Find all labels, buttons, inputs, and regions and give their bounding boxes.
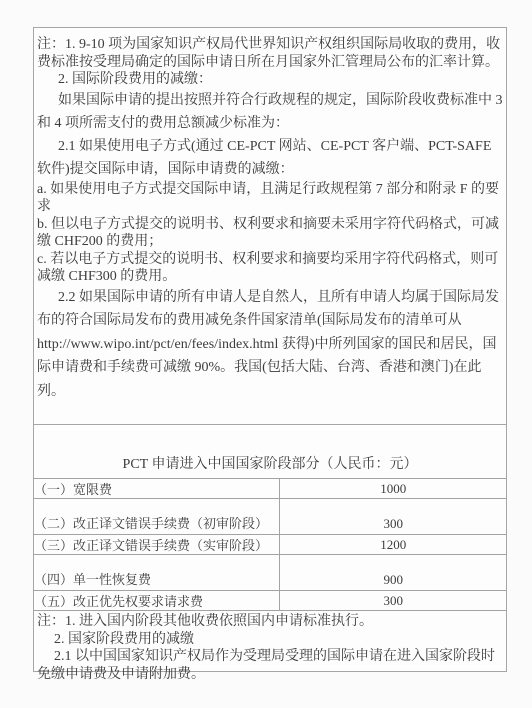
table-row: （二）改正译文错误手续费（初审阶段） 300 [34, 499, 506, 535]
fee-amount: 300 [280, 499, 506, 535]
fee-amount: 1200 [280, 535, 506, 555]
national-phase-footnotes: 注：1. 进入国内阶段其他收费依照国内申请标准执行。 2. 国家阶段费用的减缴 … [34, 611, 506, 683]
heading-international-phase-reduction: 2. 国际阶段费用的减缴： [37, 71, 503, 89]
table-row: （四）单一性恢复费 900 [34, 555, 506, 591]
fee-amount: 1000 [280, 479, 506, 499]
paragraph-reduction-standard: 如果国际申请的提出按照并符合行政规程的规定，国际阶段收费标准中 3 和 4 项所… [37, 89, 503, 135]
list-item-b: b. 但以电子方式提交的说明书、权利要求和摘要未采用字符代码格式，可减缴 CHF… [37, 216, 503, 251]
list-item-a: a. 如果使用电子方式提交国际申请，且满足行政规程第 7 部分和附录 F 的要求 [37, 181, 503, 216]
note-exchange-rate: 注：1. 9-10 项为国家知识产权局代世界知识产权组织国际局收取的费用，收费标… [37, 36, 503, 71]
paragraph-2-2-natural-persons: 2.2 如果国际申请的所有申请人是自然人，且所有申请人均属于国际局发布的符合国际… [37, 286, 503, 404]
fee-label: （二）改正译文错误手续费（初审阶段） [34, 499, 280, 535]
fee-label: （三）改正译文错误手续费（实审阶段） [34, 535, 280, 555]
footnote-domestic-standard: 注：1. 进入国内阶段其他收费依照国内申请标准执行。 [37, 613, 503, 631]
fee-amount: 900 [280, 555, 506, 591]
fee-table: （一）宽限费 1000 （二）改正译文错误手续费（初审阶段） 300 （三）改正… [34, 478, 506, 611]
fee-label: （一）宽限费 [34, 479, 280, 499]
document-page: 注：1. 9-10 项为国家知识产权局代世界知识产权组织国际局收取的费用，收费标… [33, 27, 507, 672]
fee-label: （五）改正优先权要求请求费 [34, 591, 280, 611]
list-item-c: c. 若以电子方式提交的说明书、权利要求和摘要均采用字符代码格式，则可减缴 CH… [37, 251, 503, 286]
table-row: （五）改正优先权要求请求费 300 [34, 591, 506, 611]
footnote-national-phase-reduction: 2. 国家阶段费用的减缴 [37, 631, 503, 649]
table-row: （一）宽限费 1000 [34, 479, 506, 499]
international-phase-notes-section: 注：1. 9-10 项为国家知识产权局代世界知识产权组织国际局收取的费用，收费标… [34, 28, 506, 425]
paragraph-2-1-electronic-filing: 2.1 如果使用电子方式(通过 CE-PCT 网站、CE-PCT 客户端、PCT… [37, 135, 503, 181]
footnote-2-1-exemption: 2.1 以中国国家知识产权局作为受理局受理的国际申请在进入国家阶段时免缴申请费及… [37, 648, 503, 683]
fee-table-title: PCT 申请进入中国国家阶段部分（人民币：元） [34, 425, 506, 478]
fee-label: （四）单一性恢复费 [34, 555, 280, 591]
table-row: （三）改正译文错误手续费（实审阶段） 1200 [34, 535, 506, 555]
national-phase-fee-section: PCT 申请进入中国国家阶段部分（人民币：元） （一）宽限费 1000 （二）改… [34, 425, 506, 683]
fee-amount: 300 [280, 591, 506, 611]
